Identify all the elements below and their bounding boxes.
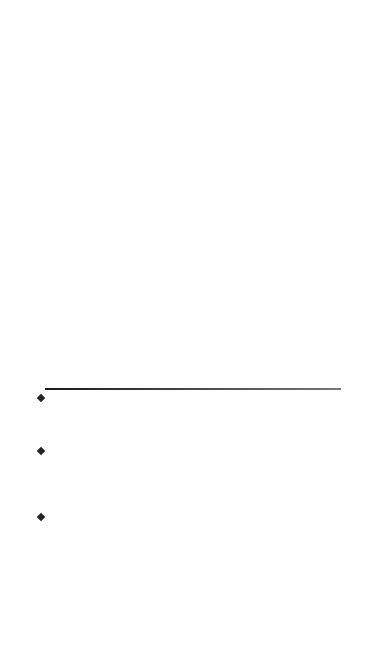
format-row bbox=[38, 512, 50, 523]
summary-container bbox=[0, 250, 375, 360]
diamond-bullet-icon bbox=[37, 446, 45, 454]
website bbox=[73, 478, 83, 489]
diamond-bullet-icon bbox=[37, 512, 45, 520]
diamond-bullet-icon bbox=[37, 393, 45, 401]
colophon-top-divider bbox=[45, 388, 341, 390]
publisher-row bbox=[38, 444, 50, 457]
postcode bbox=[73, 462, 83, 473]
author-row bbox=[38, 393, 50, 404]
email bbox=[148, 462, 158, 473]
